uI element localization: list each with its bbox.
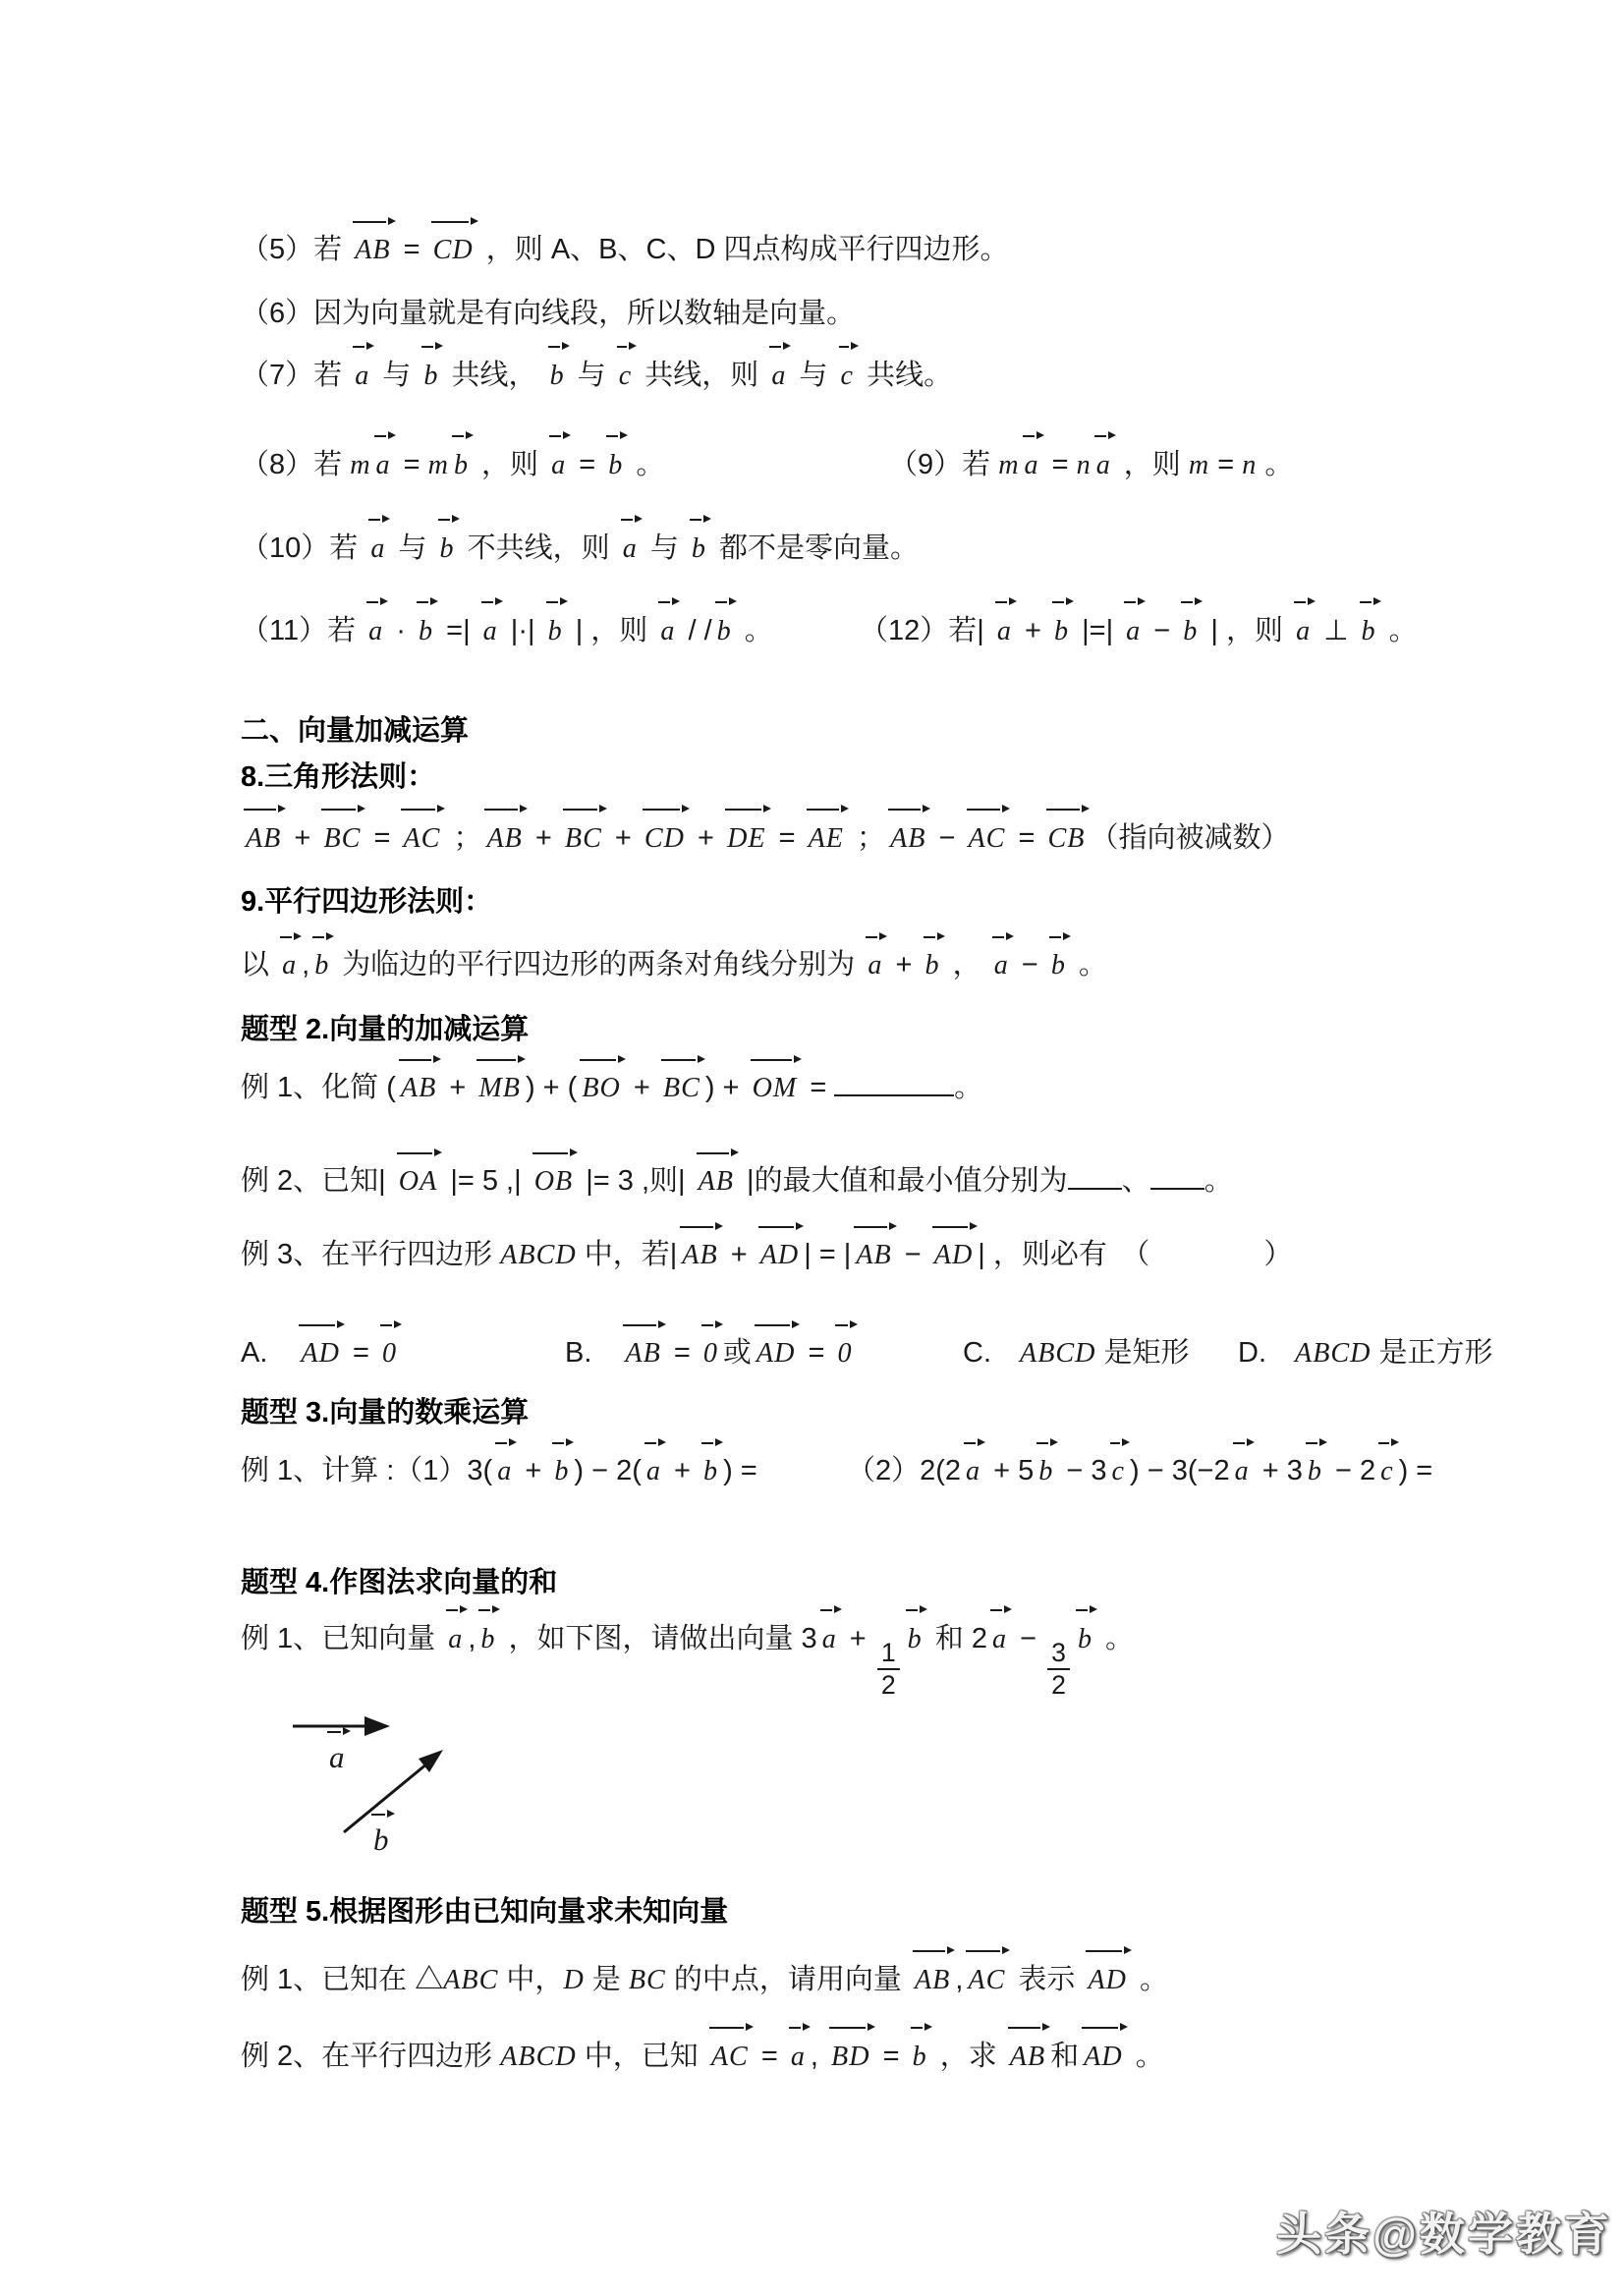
worksheet-page: （5）若 AB = CD ，则 A、B、C、D 四点构成平行四边形。（6）因为向… <box>0 0 1624 2296</box>
vector-a-arrow <box>293 1716 390 1736</box>
line-segment: （6）因为向量就是有向线段，所以数轴是向量。 <box>241 298 855 329</box>
text-line: 例 1、已知向量 a,b ，如下图，请做出向量 3a + 12b 和 2a − … <box>241 1617 1596 1701</box>
line-segment: （12）若| a + b |=| a − b | ，则 a ⊥ b 。 <box>860 609 1418 653</box>
line-segment: （8）若 ma = mb ，则 a = b 。 <box>241 449 664 480</box>
heading-line: 题型 2.向量的加减运算 <box>241 1008 1596 1052</box>
line-segment: AB + BC = AC ；AB + BC + CD + DE = AE ；AB… <box>241 822 1289 854</box>
heading-line: 题型 3.向量的数乘运算 <box>241 1391 1596 1435</box>
text-line: 以 a,b 为临边的平行四边形的两条对角线分别为 a + b ， a − b 。 <box>241 943 1596 987</box>
document-content: （5）若 AB = CD ，则 A、B、C、D 四点构成平行四边形。（6）因为向… <box>241 228 1596 2079</box>
text-line: 例 1、计算 :（1）3(a + b) − 2(a + b) =（2）2(2a … <box>241 1449 1596 1493</box>
line-segment: 例 1、化简 (AB + MB) + (BO + BC) + OM = 。 <box>241 1072 982 1103</box>
text-line: （10）若 a 与 b 不共线，则 a 与 b 都不是零向量。 <box>241 527 1596 571</box>
line-segment: 9.平行四边形法则： <box>241 886 492 918</box>
line-segment: （5）若 AB = CD ，则 A、B、C、D 四点构成平行四边形。 <box>241 234 1008 265</box>
text-line: A. AD = 0B. AB = 0或AD = 0C. ABCD 是矩形D. A… <box>241 1331 1596 1375</box>
line-segment: （2）2(2a + 5b − 3c) − 3(−2a + 3b − 2c) = <box>847 1449 1432 1493</box>
lines-bottom: 题型 5.根据图形由已知向量求未知向量例 1、已知在 △ABC 中，D 是 BC… <box>241 1890 1596 2079</box>
line-segment: 题型 2.向量的加减运算 <box>241 1014 529 1045</box>
line-segment: （9）若 ma = na ，则 m = n 。 <box>889 443 1293 487</box>
line-segment: 例 1、已知向量 a,b ，如下图，请做出向量 3a + 12b 和 2a − … <box>241 1623 1134 1654</box>
text-line: （5）若 AB = CD ，则 A、B、C、D 四点构成平行四边形。 <box>241 228 1596 272</box>
line-segment: （7）若 a 与 b 共线， b 与 c 共线，则 a 与 c 共线。 <box>241 360 952 391</box>
line-segment: 二、向量加减运算 <box>241 715 469 747</box>
line-segment: 题型 3.向量的数乘运算 <box>241 1397 529 1428</box>
line-segment: 题型 4.作图法求向量的和 <box>241 1567 557 1598</box>
vector-diagram: a b <box>280 1707 535 1864</box>
heading-line: 8.三角形法则： <box>241 756 1596 800</box>
text-line: 例 3、在平行四边形 ABCD 中，若|AB + AD| = |AB − AD|… <box>241 1233 1596 1277</box>
watermark: 头条@数学教育 <box>1276 2199 1612 2264</box>
line-segment: 8.三角形法则： <box>241 761 435 793</box>
line-segment: 题型 5.根据图形由已知向量求未知向量 <box>241 1896 728 1928</box>
text-line: 例 2、在平行四边形 ABCD 中，已知 AC = a, BD = b ，求 A… <box>241 2035 1596 2079</box>
text-line: 例 1、化简 (AB + MB) + (BO + BC) + OM = 。 <box>241 1066 1596 1110</box>
line-segment: 例 2、已知| OA |= 5 ,| OB |= 3 ,则| AB |的最大值和… <box>241 1165 1233 1197</box>
line-segment: C. ABCD 是矩形 <box>963 1331 1190 1375</box>
vector-diagram-canvas <box>280 1707 535 1864</box>
text-line: 例 2、已知| OA |= 5 ,| OB |= 3 ,则| AB |的最大值和… <box>241 1159 1596 1204</box>
vector-a-label: a <box>326 1740 349 1775</box>
text-line: 例 1、已知在 △ABC 中，D 是 BC 的中点，请用向量 AB,AC 表示 … <box>241 1958 1596 2002</box>
text-line: （8）若 ma = mb ，则 a = b 。（9）若 ma = na ，则 m… <box>241 443 1596 487</box>
line-segment: 例 3、在平行四边形 ABCD 中，若|AB + AD| = |AB − AD|… <box>241 1239 1292 1270</box>
vector-b-label: b <box>370 1822 393 1858</box>
line-segment: 例 1、已知在 △ABC 中，D 是 BC 的中点，请用向量 AB,AC 表示 … <box>241 1964 1168 1995</box>
line-segment: 例 1、计算 :（1）3(a + b) − 2(a + b) = <box>241 1455 757 1486</box>
line-segment: 以 a,b 为临边的平行四边形的两条对角线分别为 a + b ， a − b 。 <box>241 949 1107 980</box>
heading-line: 二、向量加减运算 <box>241 709 1596 754</box>
text-line: AB + BC = AC ；AB + BC + CD + DE = AE ；AB… <box>241 816 1596 861</box>
vector-b-arrow <box>344 1750 443 1832</box>
line-segment: （10）若 a 与 b 不共线，则 a 与 b 都不是零向量。 <box>241 532 919 564</box>
lines-top: （5）若 AB = CD ，则 A、B、C、D 四点构成平行四边形。（6）因为向… <box>241 228 1596 1701</box>
line-segment: （11）若 a · b =| a |·| b | ，则 a / /b 。 <box>241 615 773 646</box>
line-segment: B. AB = 0或AD = 0 <box>565 1331 858 1375</box>
heading-line: 题型 4.作图法求向量的和 <box>241 1561 1596 1605</box>
text-line: （11）若 a · b =| a |·| b | ，则 a / /b 。（12）… <box>241 609 1596 653</box>
text-line: （7）若 a 与 b 共线， b 与 c 共线，则 a 与 c 共线。 <box>241 354 1596 398</box>
text-line: （6）因为向量就是有向线段，所以数轴是向量。 <box>241 292 1596 336</box>
line-segment: 例 2、在平行四边形 ABCD 中，已知 AC = a, BD = b ，求 A… <box>241 2041 1164 2072</box>
heading-line: 题型 5.根据图形由已知向量求未知向量 <box>241 1890 1596 1934</box>
heading-line: 9.平行四边形法则： <box>241 880 1596 924</box>
line-segment: A. AD = 0 <box>241 1337 402 1369</box>
line-segment: D. ABCD 是正方形 <box>1238 1331 1493 1375</box>
